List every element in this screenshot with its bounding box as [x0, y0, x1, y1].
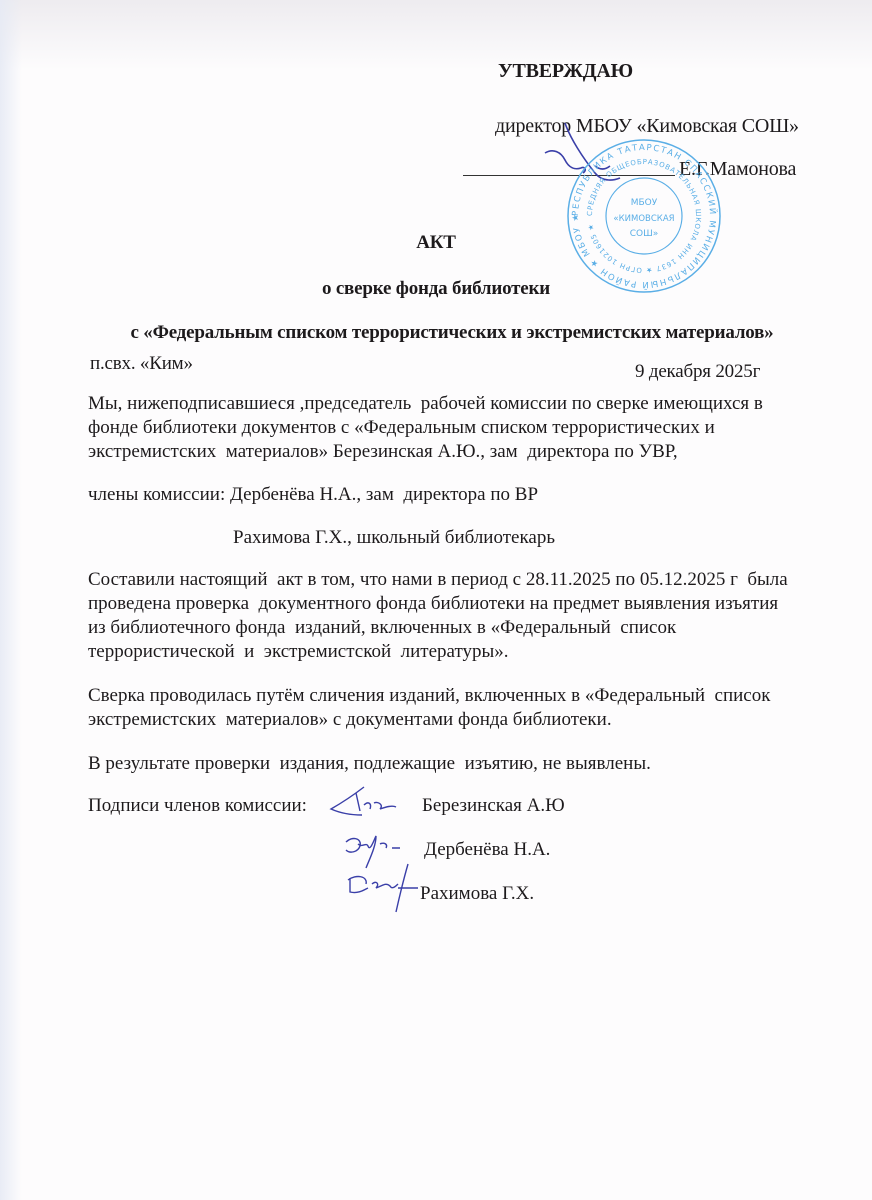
statement-line: Составили настоящий акт в том, что нами … [88, 568, 788, 592]
approval-title: УТВЕРЖДАЮ [498, 60, 633, 83]
method-line: экстремистских материалов» с документами… [88, 708, 612, 732]
document-title: АКТ [0, 232, 872, 254]
document-date: 9 декабря 2025г [635, 361, 760, 383]
svg-text:«КИМОВСКАЯ: «КИМОВСКАЯ [613, 214, 674, 224]
intro-line: экстремистских материалов» Березинская А… [88, 440, 678, 464]
signature-name-berezinskaya: Березинская А.Ю [422, 794, 565, 818]
signature-rakhimova-icon [342, 860, 432, 915]
statement-line: террористической и экстремистской литера… [88, 640, 509, 664]
method-line: Сверка проводилась путём сличения издани… [88, 684, 770, 708]
signature-name-rakhimova: Рахимова Г.Х. [420, 882, 534, 906]
document-subtitle: о сверке фонда библиотеки [0, 278, 872, 300]
school-stamp-icon: РЕСПУБЛИКА ТАТАРСТАН СПАССКИЙ МУНИЦИПАЛЬ… [565, 137, 723, 295]
member2-line: Рахимова Г.Х., школьный библиотекарь [233, 526, 555, 550]
members-line: члены комиссии: Дербенёва Н.А., зам дире… [88, 483, 538, 507]
scan-shadow [0, 0, 872, 70]
intro-line: фонде библиотеки документов с «Федеральн… [88, 416, 715, 440]
signature-name-derbeneva: Дербенёва Н.А. [424, 838, 550, 862]
result-line: В результате проверки издания, подлежащи… [88, 752, 651, 776]
svg-text:МБОУ: МБОУ [631, 198, 658, 208]
signatures-label: Подписи членов комиссии: [88, 794, 307, 818]
statement-line: из библиотечного фонда изданий, включенн… [88, 616, 676, 640]
scan-edge [0, 0, 22, 1200]
signature-berezinskaya-icon [326, 783, 406, 823]
statement-line: проведена проверка документного фонда би… [88, 592, 778, 616]
intro-line: Мы, нижеподписавшиеся ,председатель рабо… [88, 392, 763, 416]
document-place: п.свх. «Ким» [90, 353, 193, 375]
document-subtitle-list: с «Федеральным списком террористических … [0, 322, 872, 344]
